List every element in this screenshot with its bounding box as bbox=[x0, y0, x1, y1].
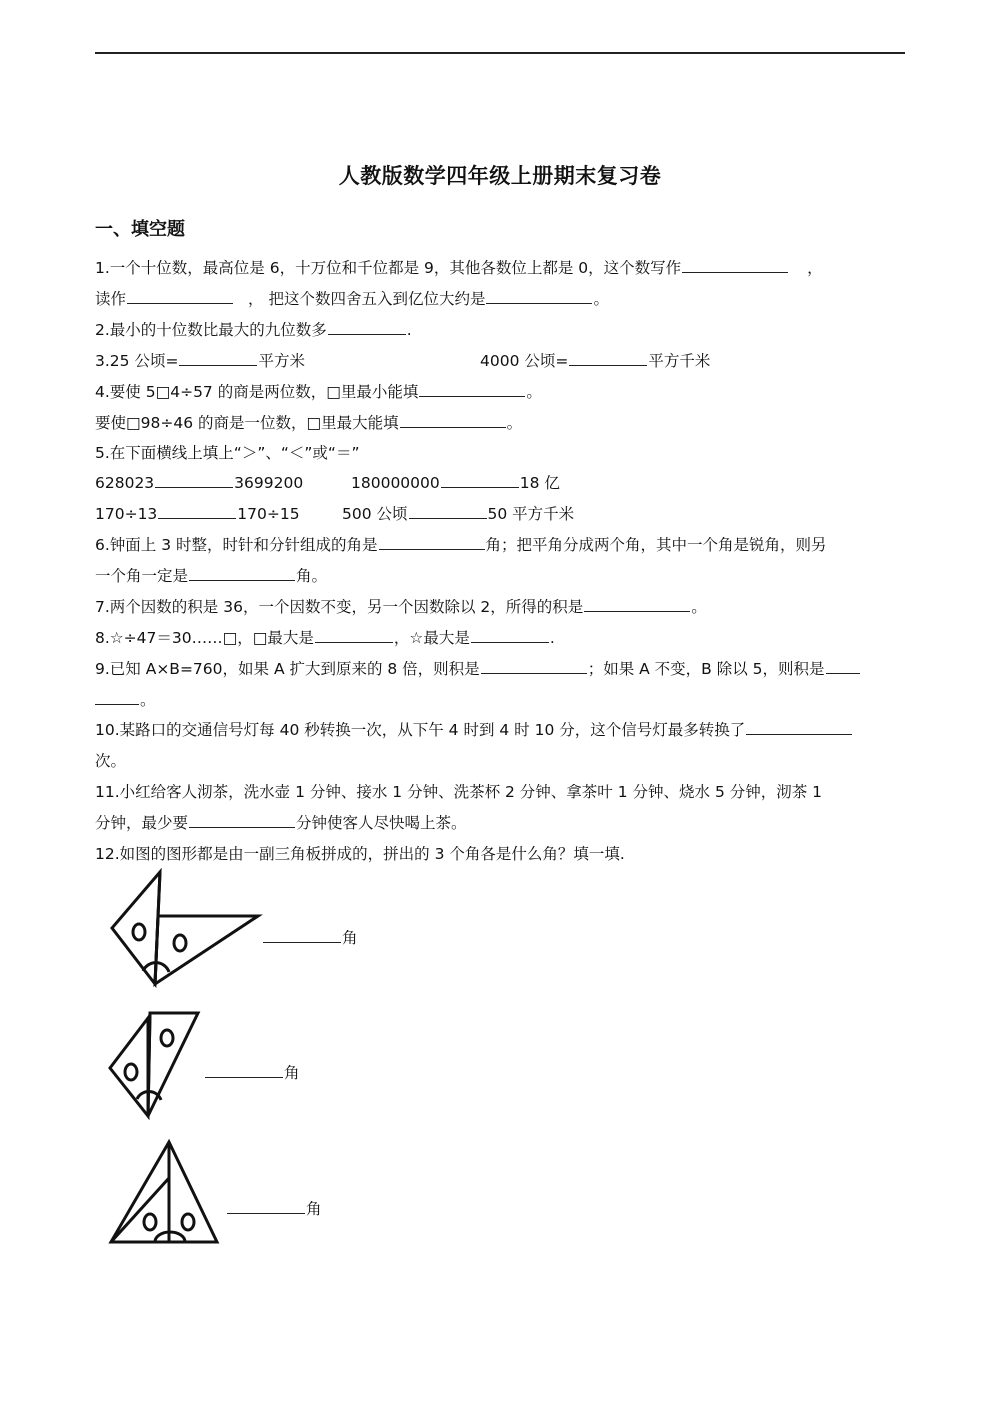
compare-left: 180000000 bbox=[351, 474, 440, 492]
question-text: 4000 公顷= bbox=[480, 352, 568, 370]
figure-2-answer: 角 bbox=[204, 1061, 300, 1083]
question-text: 6.钟面上 3 时整，时针和分针组成的角是 bbox=[95, 536, 378, 554]
question-10-line-2: 次。 bbox=[95, 750, 126, 772]
question-7: 7.两个因数的积是 36，一个因数不变，另一个因数除以 2，所得的积是。 bbox=[95, 596, 707, 618]
answer-blank-part-1[interactable] bbox=[826, 658, 860, 674]
question-1-line-1: 1.一个十位数，最高位是 6，十万位和千位都是 9，其他各数位上都是 0，这个数… bbox=[95, 257, 823, 279]
compare-right: 18 亿 bbox=[520, 474, 560, 492]
question-text: 3.25 公顷= bbox=[95, 352, 178, 370]
question-text: 要使□98÷46 的商是一位数，□里最大能填 bbox=[95, 414, 399, 432]
answer-blank[interactable] bbox=[189, 565, 295, 581]
compare-right: 170÷15 bbox=[237, 505, 299, 523]
answer-blank[interactable] bbox=[486, 288, 592, 304]
triangle-set-figure-2 bbox=[105, 1008, 215, 1120]
question-4-line-2: 要使□98÷46 的商是一位数，□里最大能填。 bbox=[95, 412, 522, 434]
question-1-line-2: 读作， 把这个数四舍五入到亿位大约是。 bbox=[95, 288, 609, 310]
question-text: 10.某路口的交通信号灯每 40 秒转换一次，从下午 4 时到 4 时 10 分… bbox=[95, 721, 745, 739]
question-11-line-1: 11.小红给客人沏茶，洗水壶 1 分钟、接水 1 分钟、洗茶杯 2 分钟、拿茶叶… bbox=[95, 781, 822, 803]
triangle-set-figure-1 bbox=[105, 868, 265, 990]
answer-blank[interactable] bbox=[328, 319, 406, 335]
question-6-line-1: 6.钟面上 3 时整，时针和分针组成的角是角；把平角分成两个角，其中一个角是锐角… bbox=[95, 534, 827, 556]
answer-blank-part-2[interactable] bbox=[95, 689, 139, 705]
question-text: ；如果 A 不变，B 除以 5，则积是 bbox=[588, 660, 825, 678]
answer-blank[interactable] bbox=[584, 596, 690, 612]
answer-blank[interactable] bbox=[441, 472, 519, 488]
angle-label: 角 bbox=[306, 1200, 322, 1218]
question-text: 4.要使 5□4÷57 的商是两位数，□里最小能填 bbox=[95, 383, 418, 401]
question-11-line-2: 分钟，最少要分钟使客人尽快喝上茶。 bbox=[95, 812, 467, 834]
answer-blank[interactable] bbox=[471, 627, 549, 643]
answer-blank[interactable] bbox=[227, 1198, 305, 1214]
unit-label: 平方千米 bbox=[648, 352, 710, 370]
question-text: 9.已知 A×B=760，如果 A 扩大到原来的 8 倍，则积是 bbox=[95, 660, 480, 678]
figure-1-answer: 角 bbox=[262, 926, 358, 948]
question-text: 8.☆÷47＝30……□，□最大是 bbox=[95, 629, 314, 647]
answer-blank[interactable] bbox=[155, 472, 233, 488]
unit-label: 平方米 bbox=[258, 352, 305, 370]
answer-blank[interactable] bbox=[481, 658, 587, 674]
question-5-pair-1: 6280233699200 bbox=[95, 472, 303, 494]
compare-right: 3699200 bbox=[234, 474, 303, 492]
question-text: 分钟使客人尽快喝上茶。 bbox=[296, 814, 467, 832]
answer-blank[interactable] bbox=[419, 381, 525, 397]
angle-label: 角 bbox=[284, 1064, 300, 1082]
answer-blank[interactable] bbox=[379, 534, 485, 550]
question-8: 8.☆÷47＝30……□，□最大是，☆最大是. bbox=[95, 627, 555, 649]
punctuation: 。 bbox=[593, 290, 609, 308]
question-5-pair-3: 170÷13170÷15 bbox=[95, 503, 300, 525]
header-rule bbox=[95, 52, 905, 54]
compare-left: 500 公顷 bbox=[342, 505, 408, 523]
question-text: 角。 bbox=[296, 567, 327, 585]
answer-blank[interactable] bbox=[158, 503, 236, 519]
punctuation: ， bbox=[807, 259, 823, 277]
punctuation: 。 bbox=[691, 598, 707, 616]
question-text: 2.最小的十位数比最大的九位数多 bbox=[95, 321, 327, 339]
answer-blank[interactable] bbox=[205, 1062, 283, 1078]
punctuation: 。 bbox=[140, 691, 156, 709]
question-text: 一个角一定是 bbox=[95, 567, 188, 585]
punctuation: 。 bbox=[526, 383, 542, 401]
question-text: 分钟，最少要 bbox=[95, 814, 188, 832]
question-text: 1.一个十位数，最高位是 6，十万位和千位都是 9，其他各数位上都是 0，这个数… bbox=[95, 259, 681, 277]
question-9-line-2: 。 bbox=[95, 689, 156, 711]
answer-blank[interactable] bbox=[409, 503, 487, 519]
question-9-line-1: 9.已知 A×B=760，如果 A 扩大到原来的 8 倍，则积是；如果 A 不变… bbox=[95, 658, 861, 680]
section-heading: 一、填空题 bbox=[95, 215, 185, 241]
answer-blank[interactable] bbox=[400, 412, 506, 428]
question-text: 7.两个因数的积是 36，一个因数不变，另一个因数除以 2，所得的积是 bbox=[95, 598, 583, 616]
answer-blank[interactable] bbox=[682, 257, 788, 273]
question-text: 读作 bbox=[95, 290, 126, 308]
angle-label: 角 bbox=[342, 929, 358, 947]
question-text: 角；把平角分成两个角，其中一个角是锐角，则另 bbox=[486, 536, 827, 554]
question-2: 2.最小的十位数比最大的九位数多. bbox=[95, 319, 412, 341]
answer-blank[interactable] bbox=[746, 719, 852, 735]
figure-3-answer: 角 bbox=[226, 1197, 322, 1219]
question-text: ， 把这个数四舍五入到亿位大约是 bbox=[248, 290, 485, 308]
punctuation: 。 bbox=[507, 414, 523, 432]
question-5-pair-2: 18000000018 亿 bbox=[351, 472, 560, 494]
question-10-line-1: 10.某路口的交通信号灯每 40 秒转换一次，从下午 4 时到 4 时 10 分… bbox=[95, 719, 853, 741]
answer-blank[interactable] bbox=[315, 627, 393, 643]
question-3-left: 3.25 公顷=平方米 bbox=[95, 350, 305, 372]
question-12-text: 12.如图的图形都是由一副三角板拼成的，拼出的 3 个角各是什么角？填一填. bbox=[95, 843, 625, 865]
question-3-right: 4000 公顷=平方千米 bbox=[480, 350, 710, 372]
compare-left: 628023 bbox=[95, 474, 154, 492]
answer-blank[interactable] bbox=[569, 350, 647, 366]
punctuation: . bbox=[407, 321, 412, 339]
question-5-pair-4: 500 公顷50 平方千米 bbox=[342, 503, 574, 525]
compare-right: 50 平方千米 bbox=[488, 505, 575, 523]
question-text: ，☆最大是 bbox=[394, 629, 470, 647]
answer-blank[interactable] bbox=[179, 350, 257, 366]
question-5-intro: 5.在下面横线上填上“＞”、“＜”或“＝” bbox=[95, 442, 359, 464]
triangle-set-figure-3 bbox=[105, 1138, 225, 1250]
question-6-line-2: 一个角一定是角。 bbox=[95, 565, 327, 587]
question-4-line-1: 4.要使 5□4÷57 的商是两位数，□里最小能填。 bbox=[95, 381, 542, 403]
answer-blank[interactable] bbox=[263, 927, 341, 943]
answer-blank[interactable] bbox=[127, 288, 233, 304]
document-title: 人教版数学四年级上册期末复习卷 bbox=[0, 160, 1000, 190]
punctuation: . bbox=[550, 629, 555, 647]
compare-left: 170÷13 bbox=[95, 505, 157, 523]
answer-blank[interactable] bbox=[189, 812, 295, 828]
